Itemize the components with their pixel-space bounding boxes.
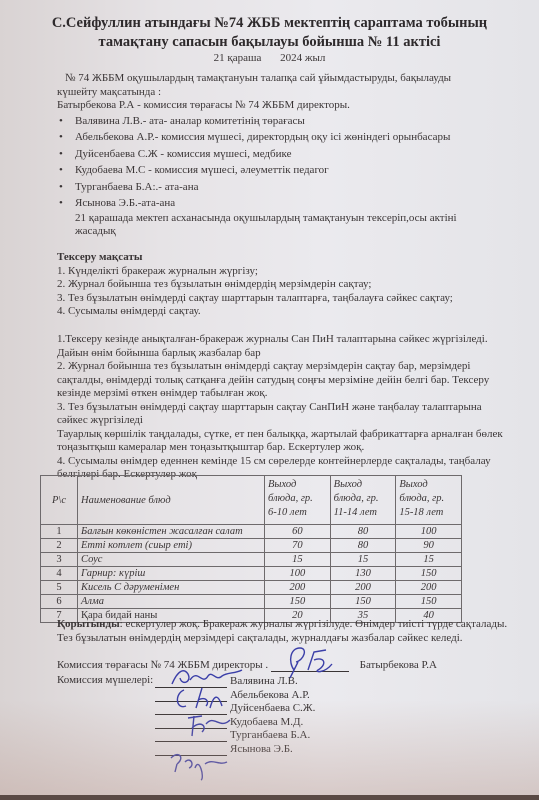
- col-header-yield-15-18: Выход блюда, гр. 15-18 лет: [396, 476, 462, 525]
- header-text: Выход: [399, 478, 458, 492]
- row-number-cell: 2: [41, 539, 78, 553]
- col-header-number: Р\с: [41, 476, 78, 525]
- member-signature-line: [155, 728, 227, 742]
- scanned-document: С.Сейфуллин атындағы №74 ЖББ мектептің с…: [0, 0, 539, 800]
- yield-11-14-cell: 130: [330, 567, 396, 581]
- goals-heading: Тексеру мақсаты: [57, 251, 507, 265]
- findings-section: 1.Тексеру кезінде анықталған-бракераж жу…: [57, 333, 507, 482]
- member-signature-line: [155, 715, 227, 729]
- row-number-cell: 1: [41, 525, 78, 539]
- chair-signature-name: Батырбекова Р.А: [360, 659, 437, 671]
- intro-section: № 74 ЖББМ оқушылардың тамақтануын талапқ…: [57, 72, 507, 239]
- goal-item: 4. Сусымалы өнімдерді сақтау.: [57, 305, 507, 319]
- date-year: 2024 жыл: [280, 52, 325, 64]
- yield-11-14-cell: 200: [330, 581, 396, 595]
- action-line-2: жасадық: [57, 225, 507, 239]
- header-text: блюда, гр.: [399, 492, 458, 506]
- dish-name-cell: Алма: [78, 595, 265, 609]
- member-signature-line: [155, 701, 227, 715]
- member-signature-name: Валявина Л.В.: [230, 675, 298, 687]
- row-number-cell: 6: [41, 595, 78, 609]
- table-row: 5Кисель С дәруменімен200200200: [41, 581, 462, 595]
- chair-signature-row: Комиссия төрағасы № 74 ЖББМ директоры . …: [57, 659, 437, 672]
- member-signature-line: [155, 674, 227, 688]
- dish-name-cell: Гарнир: күріш: [78, 567, 265, 581]
- conclusion-label: Қорытынды: [57, 618, 120, 630]
- table-row: 2Етті котлет (сиыр еті)708090: [41, 539, 462, 553]
- document-date: 21 қараша 2024 жыл: [0, 52, 539, 64]
- member-signature-line: [155, 742, 227, 756]
- row-number-cell: 4: [41, 567, 78, 581]
- yield-15-18-cell: 150: [396, 567, 462, 581]
- table-row: 3Соус151515: [41, 553, 462, 567]
- menu-yield-table: Р\с Наименование блюд Выход блюда, гр. 6…: [40, 475, 462, 623]
- header-text: Выход: [334, 478, 393, 492]
- goal-item: 3. Тез бұзылатын өнімдерді сақтау шартта…: [57, 292, 507, 306]
- table-header-row: Р\с Наименование блюд Выход блюда, гр. 6…: [41, 476, 462, 525]
- member-signature-row: Кудобаева М.Д.: [155, 715, 303, 729]
- table-row: 1Балғын көкөністен жасалған салат6080100: [41, 525, 462, 539]
- photo-bottom-edge: [0, 795, 539, 800]
- member-item: Абельбекова А.Р.- комиссия мүшесі, дирек…: [57, 129, 507, 146]
- member-signature-row: Ясынова Э.Б.: [155, 742, 293, 756]
- yield-6-10-cell: 150: [265, 595, 331, 609]
- member-signature-name: Ясынова Э.Б.: [230, 743, 293, 755]
- yield-11-14-cell: 80: [330, 539, 396, 553]
- member-signature-line: [155, 688, 227, 702]
- member-item: Кудобаева М.С - комиссия мүшесі, әлеумет…: [57, 162, 507, 179]
- members-signature-label: Комиссия мүшелері:: [57, 674, 153, 687]
- finding-paragraph: 2. Журнал бойынша тез бұзылатын өнімдерд…: [57, 360, 507, 401]
- yield-6-10-cell: 15: [265, 553, 331, 567]
- goals-section: Тексеру мақсаты 1. Күнделікті бракераж ж…: [57, 251, 507, 319]
- yield-6-10-cell: 70: [265, 539, 331, 553]
- member-signature-name: Кудобаева М.Д.: [230, 716, 303, 728]
- member-signature-name: Дуйсенбаева С.Ж.: [230, 702, 315, 714]
- header-text: 11-14 лет: [334, 506, 393, 520]
- document-title-line-2: тамақтану сапасын бақылауы бойынша № 11 …: [0, 33, 539, 52]
- member-item: Ясынова Э.Б.-ата-ана: [57, 195, 507, 212]
- row-number-cell: 3: [41, 553, 78, 567]
- yield-15-18-cell: 15: [396, 553, 462, 567]
- header-text: 15-18 лет: [399, 506, 458, 520]
- table-body: 1Балғын көкөністен жасалған салат6080100…: [41, 525, 462, 623]
- yield-11-14-cell: 150: [330, 595, 396, 609]
- yield-15-18-cell: 90: [396, 539, 462, 553]
- yield-15-18-cell: 100: [396, 525, 462, 539]
- header-text: 6-10 лет: [268, 506, 327, 520]
- yield-11-14-cell: 80: [330, 525, 396, 539]
- dish-name-cell: Соус: [78, 553, 265, 567]
- member-signature-name: Абельбекова А.Р.: [230, 689, 310, 701]
- member-signature-row: Абельбекова А.Р.: [155, 688, 310, 702]
- member-item: Дуйсенбаева С.Ж - комиссия мүшесі, медби…: [57, 146, 507, 163]
- col-header-yield-6-10: Выход блюда, гр. 6-10 лет: [265, 476, 331, 525]
- conclusion-section: Қорытынды: ескертулер жоқ. Бракераж журн…: [57, 618, 517, 645]
- finding-paragraph: 1.Тексеру кезінде анықталған-бракераж жу…: [57, 333, 507, 360]
- chair-signature-line: [271, 671, 349, 672]
- member-signature-row: Турганбаева Б.А.: [155, 728, 310, 742]
- yield-6-10-cell: 200: [265, 581, 331, 595]
- member-signature-row: Валявина Л.В.: [155, 674, 298, 688]
- finding-paragraph: Тауарлық көршілік таңдалады, сүтке, ет п…: [57, 428, 507, 455]
- col-header-dish-name: Наименование блюд: [78, 476, 265, 525]
- dish-name-cell: Балғын көкөністен жасалған салат: [78, 525, 265, 539]
- header-text: блюда, гр.: [268, 492, 327, 506]
- action-line-1: 21 қарашада мектеп асханасында оқушылард…: [57, 212, 507, 226]
- member-item: Турганбаева Б.А:.- ата-ана: [57, 179, 507, 196]
- yield-11-14-cell: 15: [330, 553, 396, 567]
- purpose-line-1: № 74 ЖББМ оқушылардың тамақтануын талапқ…: [57, 72, 507, 86]
- goal-item: 2. Журнал бойынша тез бұзылатын өнімдерд…: [57, 278, 507, 292]
- document-title-line-1: С.Сейфуллин атындағы №74 ЖББ мектептің с…: [0, 14, 539, 33]
- date-day: 21 қараша: [214, 52, 262, 64]
- chair-signature-label: Комиссия төрағасы № 74 ЖББМ директоры .: [57, 659, 268, 671]
- dish-name-cell: Кисель С дәруменімен: [78, 581, 265, 595]
- yield-15-18-cell: 200: [396, 581, 462, 595]
- commission-members-list: Валявина Л.В.- ата- аналар комитетінің т…: [57, 113, 507, 212]
- row-number-cell: 5: [41, 581, 78, 595]
- member-signature-name: Турганбаева Б.А.: [230, 729, 310, 741]
- yield-6-10-cell: 100: [265, 567, 331, 581]
- table-row: 4Гарнир: күріш100130150: [41, 567, 462, 581]
- conclusion-text: : ескертулер жоқ. Бракераж журналы жүргі…: [57, 618, 507, 644]
- yield-15-18-cell: 150: [396, 595, 462, 609]
- col-header-yield-11-14: Выход блюда, гр. 11-14 лет: [330, 476, 396, 525]
- dish-name-cell: Етті котлет (сиыр еті): [78, 539, 265, 553]
- finding-paragraph: 3. Тез бұзылатын өнімдерді сақтау шартта…: [57, 401, 507, 428]
- purpose-line-2: күшейту мақсатында :: [57, 86, 507, 100]
- member-item: Валявина Л.В.- ата- аналар комитетінің т…: [57, 113, 507, 130]
- header-text: блюда, гр.: [334, 492, 393, 506]
- member-signature-row: Дуйсенбаева С.Ж.: [155, 701, 315, 715]
- table-row: 6Алма150150150: [41, 595, 462, 609]
- header-text: Выход: [268, 478, 327, 492]
- commission-chair: Батырбекова Р.А - комиссия төрағасы № 74…: [57, 99, 507, 113]
- goal-item: 1. Күнделікті бракераж журналын жүргізу;: [57, 265, 507, 279]
- yield-6-10-cell: 60: [265, 525, 331, 539]
